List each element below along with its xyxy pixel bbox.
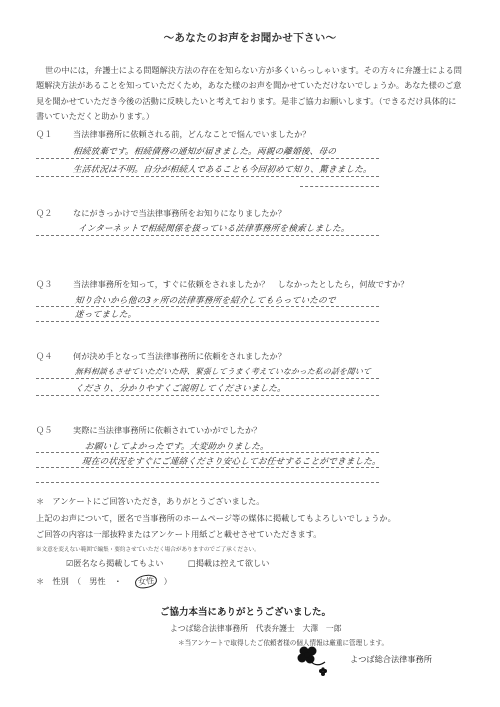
q2-answer-line1: インターネットで相続関係を扱っている法律事務所を検索しました。 <box>77 222 350 234</box>
answer-line <box>36 452 379 453</box>
q4-number: Ｑ４ <box>36 351 52 362</box>
option-anonymous-checkbox[interactable]: ☑匿名なら掲載してもよい <box>66 558 163 569</box>
answer-line <box>300 186 379 187</box>
privacy-note: ＊当アンケートで取得したご依頼者様の個人情報は厳重に管理します。 <box>178 637 388 647</box>
answer-line <box>36 467 379 468</box>
answer-line <box>36 158 379 159</box>
firm-signature: よつば総合法律事務所 代表弁護士 大澤 一郎 <box>170 623 342 634</box>
q5-answer-line2: 現在の状況をすぐにご連絡くださり安心してお任せすることができました。 <box>81 455 381 467</box>
page-title: ～あなたのお声をお聞かせ下さい～ <box>0 30 500 45</box>
answer-line <box>36 306 379 307</box>
q1-answer-line2: 生活状況は不明。自分が相続人であることも今回初めて知り、驚きました。 <box>72 163 372 175</box>
q4-answer-line2: くださり、分かりやすくご説明してくださいました。 <box>74 382 286 394</box>
consent-line1: 上記のお声について，匿名で当事務所のホームページ等の媒体に掲載してもよろしいでし… <box>36 511 396 526</box>
answer-line <box>36 321 379 322</box>
q5-question: 実際に当法律事務所に依頼されていかがでしたか？ <box>73 425 261 436</box>
consent-line2: ご回答の内容は一部抜粋またはアンケート用紙ごと載せさせていただきます。 <box>36 527 321 542</box>
q3-answer-line1: 知り合いから他の3ヶ所の法律事務所を紹介してもらっていたので <box>74 294 336 306</box>
q5-number: Ｑ５ <box>36 425 52 436</box>
intro-paragraph: 世の中には，弁護士による問題解決方法の存在を知らない方が多くいらっしゃいます。そ… <box>36 63 464 124</box>
q1-question: 当法律事務所に依頼される前，どんなことで悩んでいましたか？ <box>73 129 310 140</box>
gender-close: ） <box>164 576 172 586</box>
q2-question: なにがきっかけで当法律事務所をお知りになりましたか？ <box>73 208 286 219</box>
answer-line <box>36 378 379 379</box>
q3-question: 当法律事務所を知って，すぐに依頼をされましたか？ しなかったとしたら，何故ですか… <box>73 279 409 290</box>
edit-note: ※文意を変えない範囲で編集・要約させていただく場合がありますのでご了承ください。 <box>36 545 260 553</box>
q1-number: Ｑ１ <box>36 129 52 140</box>
answer-line <box>36 482 379 483</box>
thanks-line: ＊ アンケートにご回答いただき，ありがとうございました。 <box>36 494 264 509</box>
logo-firm-name: よつば総合法律事務所 <box>350 654 432 665</box>
intro-text: 世の中には，弁護士による問題解決方法の存在を知らない方が多くいらっしゃいます。そ… <box>36 63 464 124</box>
answer-line <box>36 176 379 177</box>
q4-answer-line1: 無料相談もさせていただいた時、緊張してうまく考えていなかった私の話を聞いて <box>74 366 371 377</box>
answer-line <box>36 395 379 396</box>
q2-number: Ｑ２ <box>36 208 52 219</box>
gender-selected-female[interactable]: 女性 <box>134 574 158 590</box>
q5-answer-line1: お願いしてよかったです。大変助かりました。 <box>84 440 269 452</box>
answer-line <box>36 235 379 236</box>
gender-field: ＊ 性別 （ 男性 ・ 女性 ） <box>36 575 172 588</box>
q1-answer-line1: 相続放棄です。相続債務の通知が届きました。両親の離婚後、母の <box>72 145 336 157</box>
q3-number: Ｑ３ <box>36 279 52 290</box>
q4-question: 何が決め手となって当法律事務所に依頼をされましたか？ <box>73 351 286 362</box>
clover-logo-icon <box>295 644 345 684</box>
closing-message: ご協力本当にありがとうございました。 <box>160 604 331 618</box>
q3-answer-line2: 迷ってました。 <box>74 308 137 320</box>
option-decline-checkbox[interactable]: □掲載は控えて欲しい <box>188 558 269 569</box>
gender-label: ＊ 性別 （ 男性 ・ <box>36 576 122 586</box>
